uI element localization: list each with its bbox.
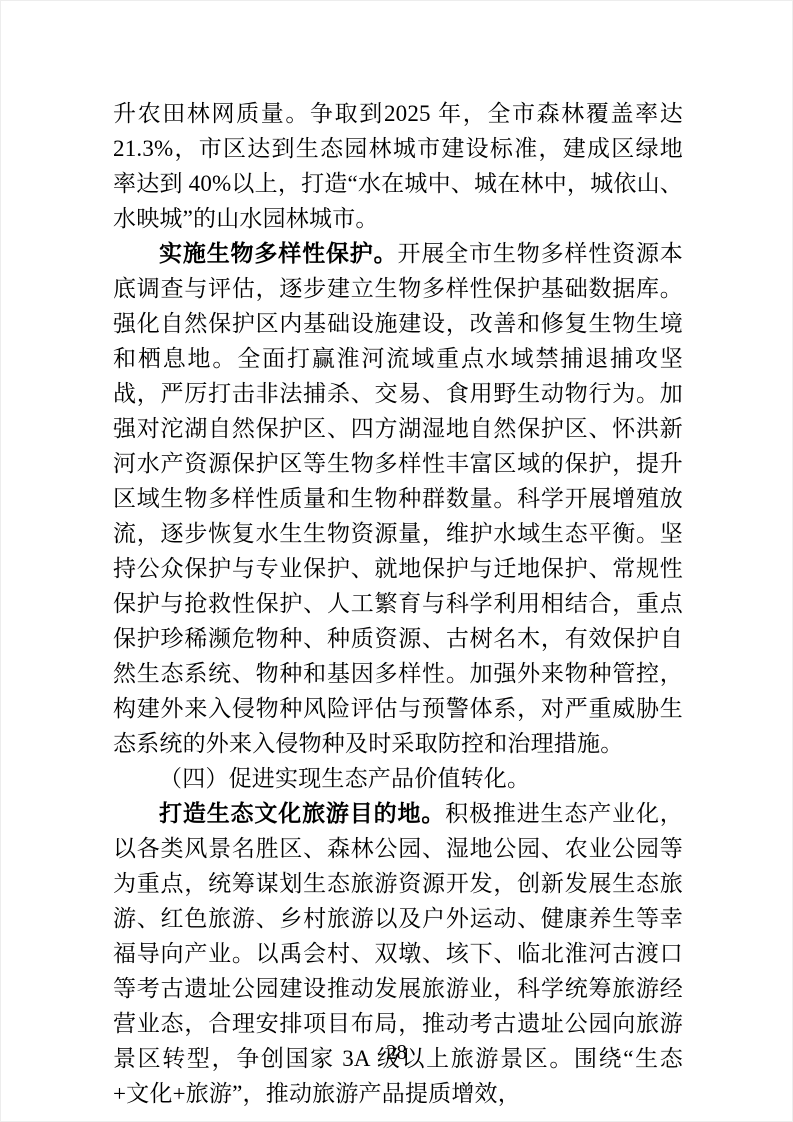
document-body: 升农田林网质量。争取到2025 年，全市森林覆盖率达21.3%，市区达到生态园林… xyxy=(113,96,683,1111)
text-run: 升农田林网质量。争取到2025 年，全市森林覆盖率达21.3%，市区达到生态园林… xyxy=(113,101,683,231)
document-page: 升农田林网质量。争取到2025 年，全市森林覆盖率达21.3%，市区达到生态园林… xyxy=(0,0,793,1122)
paragraph: （四）促进实现生态产品价值转化。 xyxy=(113,761,683,796)
text-run: 开展全市生物多样性资源本底调查与评估，逐步建立生物多样性保护基础数据库。强化自然… xyxy=(113,241,683,756)
page-number: 28 xyxy=(1,1039,792,1065)
paragraph: 实施生物多样性保护。开展全市生物多样性资源本底调查与评估，逐步建立生物多样性保护… xyxy=(113,236,683,761)
bold-text-run: 实施生物多样性保护。 xyxy=(159,241,397,266)
bold-text-run: 打造生态文化旅游目的地。 xyxy=(159,801,445,826)
paragraph: 升农田林网质量。争取到2025 年，全市森林覆盖率达21.3%，市区达到生态园林… xyxy=(113,96,683,236)
text-run: （四）促进实现生态产品价值转化。 xyxy=(159,766,530,791)
